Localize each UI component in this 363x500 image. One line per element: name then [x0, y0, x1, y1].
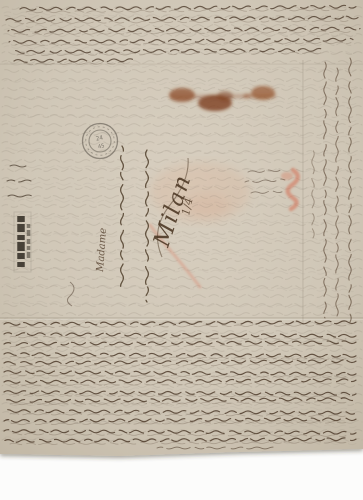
letter-scan-canvas: 24 45 Madame Milan 1/4 — [0, 0, 363, 500]
letter-scan: 24 45 Madame Milan 1/4 — [0, 0, 363, 500]
